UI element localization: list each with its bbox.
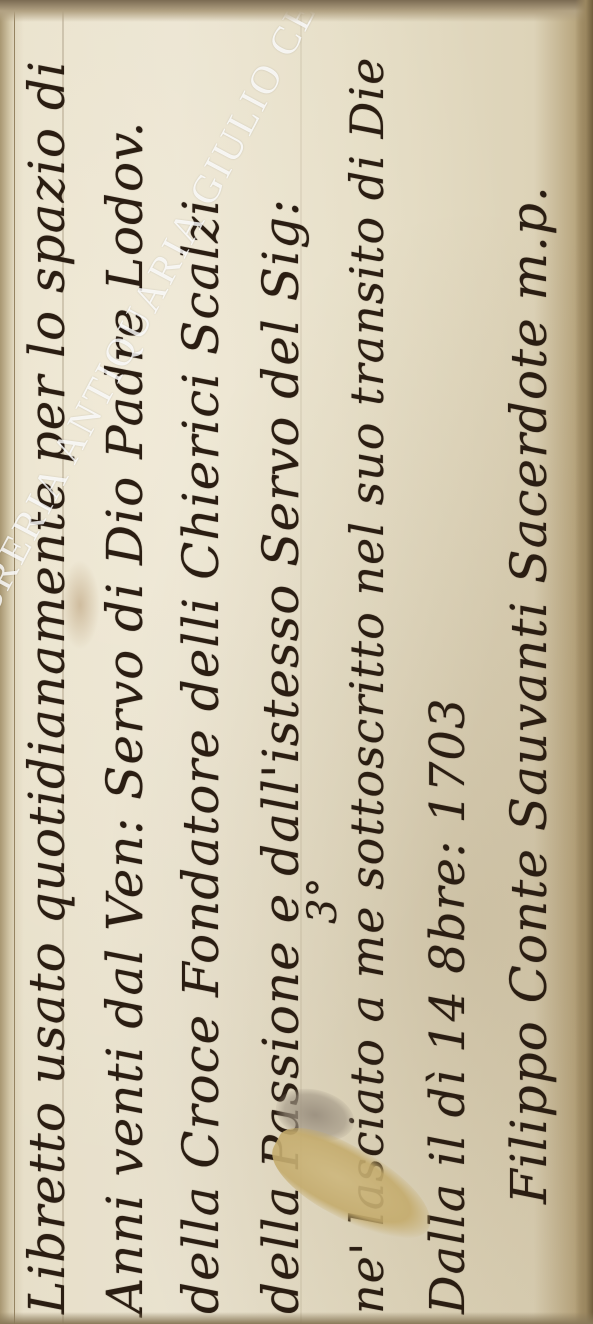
- paper-bottom-edge: [0, 1312, 593, 1324]
- paper-top-edge: [0, 0, 593, 22]
- manuscript-signature: Filippo Conte Sauvanti Sacerdote m.p.: [500, 185, 558, 1204]
- manuscript-line-3: della Croce Fondatore delli Chierici Sca…: [172, 199, 230, 1314]
- manuscript-line-1: Libretto usato quotidianamente per lo sp…: [18, 60, 76, 1314]
- manuscript-superscript: 3°: [300, 877, 346, 924]
- manuscript-photo: Libretto usato quotidianamente per lo sp…: [0, 0, 593, 1324]
- paper-right-edge: [575, 0, 593, 1324]
